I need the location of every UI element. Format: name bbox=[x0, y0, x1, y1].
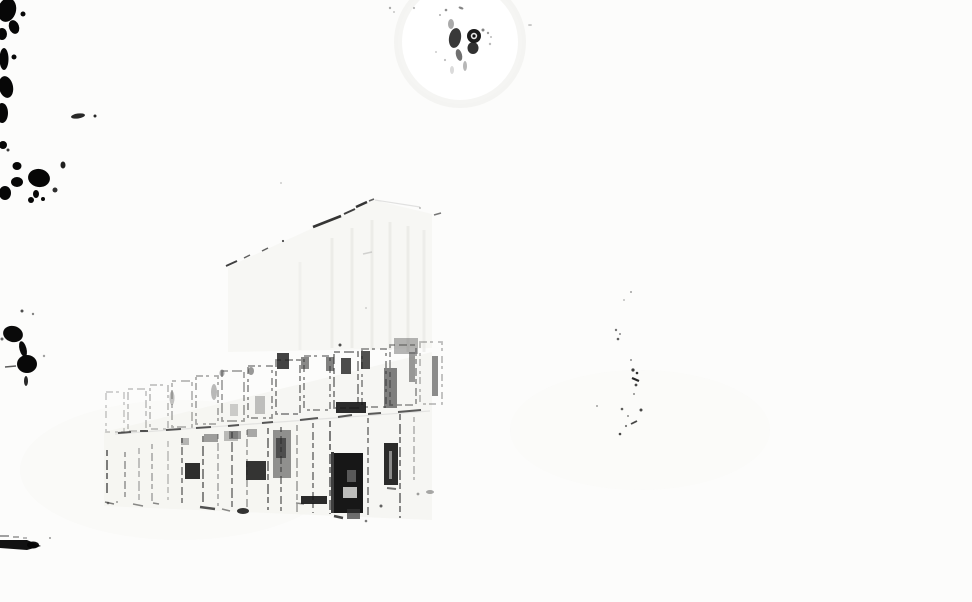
window-smudge bbox=[230, 404, 238, 416]
speck bbox=[619, 333, 621, 335]
foliage-left-middle bbox=[1, 310, 46, 387]
foliage-blob bbox=[24, 376, 28, 386]
storefront-mullion bbox=[153, 503, 159, 504]
sill-dash bbox=[166, 429, 181, 430]
leaf-spot bbox=[468, 42, 479, 54]
storefront-mullion bbox=[237, 508, 249, 514]
foliage-blob bbox=[27, 167, 52, 189]
jamb-light-slit bbox=[389, 451, 392, 479]
upper-wall bbox=[228, 200, 432, 352]
speck bbox=[615, 329, 617, 331]
foliage-blob bbox=[53, 188, 58, 193]
speck bbox=[627, 415, 629, 417]
window-smudge bbox=[384, 368, 397, 408]
foliage-top-left bbox=[0, 0, 97, 203]
street-mark bbox=[116, 501, 118, 503]
speck bbox=[630, 291, 632, 293]
window-frame bbox=[211, 384, 217, 400]
foliage-blob bbox=[0, 186, 11, 200]
sill-dash bbox=[196, 427, 211, 428]
storefront-mullion bbox=[387, 488, 396, 489]
speck bbox=[623, 299, 625, 301]
foliage-blob bbox=[0, 28, 7, 40]
street-mark bbox=[49, 537, 51, 539]
window-smudge bbox=[409, 352, 415, 382]
dark-band bbox=[336, 402, 366, 413]
foliage-blob bbox=[1, 338, 4, 341]
speck bbox=[635, 384, 638, 387]
foliage-blob bbox=[7, 149, 10, 152]
door-frame bbox=[331, 452, 334, 513]
roof-dash bbox=[434, 213, 441, 215]
foliage-blob bbox=[11, 177, 23, 187]
roof-dash bbox=[282, 240, 284, 242]
foliage-blob bbox=[71, 113, 86, 120]
facade-wall bbox=[104, 352, 432, 520]
window-smudge bbox=[361, 351, 370, 369]
foliage-blob bbox=[21, 310, 24, 313]
leaf-spot bbox=[490, 36, 492, 38]
window-frame bbox=[170, 391, 175, 405]
leaf-spot bbox=[528, 24, 532, 26]
foliage-blob bbox=[0, 48, 9, 70]
foliage-blob bbox=[1, 324, 24, 345]
faded-photograph bbox=[0, 0, 972, 602]
storefront-mullion bbox=[365, 520, 368, 523]
sill-dash bbox=[368, 413, 381, 414]
photo-viewport bbox=[0, 0, 972, 602]
window-smudge bbox=[277, 353, 289, 369]
wall-tint bbox=[365, 307, 367, 309]
foliage-blob bbox=[43, 355, 45, 357]
speck bbox=[617, 338, 620, 341]
ring-spot-center bbox=[472, 34, 475, 37]
foliage-blob bbox=[0, 141, 7, 149]
leaf-spot bbox=[435, 51, 437, 53]
speck bbox=[596, 405, 598, 407]
foliage-blob bbox=[61, 162, 66, 169]
window-smudge bbox=[326, 357, 334, 371]
window-smudge bbox=[276, 438, 286, 458]
speck bbox=[640, 409, 643, 412]
foliage-blob bbox=[28, 197, 34, 203]
storefront-mullion bbox=[417, 493, 420, 496]
window-smudge bbox=[255, 396, 265, 414]
lintel-smudge bbox=[247, 429, 257, 437]
speck bbox=[625, 425, 627, 427]
foliage-blob bbox=[17, 355, 37, 373]
leaf-spot bbox=[482, 29, 485, 32]
foliage-blob bbox=[0, 0, 19, 24]
leaf-spot bbox=[448, 19, 454, 29]
leaf-spot bbox=[445, 9, 448, 12]
street-mark bbox=[27, 542, 39, 549]
foliage-blob bbox=[13, 162, 22, 170]
storefront-mullion bbox=[334, 516, 343, 518]
kick-panel bbox=[301, 496, 327, 504]
foliage-blob bbox=[12, 55, 17, 60]
storefront-mullion bbox=[426, 490, 434, 494]
storefront-mullion bbox=[380, 505, 383, 508]
roof-dash bbox=[419, 207, 421, 209]
leaf-spot bbox=[450, 66, 454, 74]
doorway bbox=[334, 453, 363, 513]
photo-svg bbox=[0, 0, 972, 602]
street-mark bbox=[107, 502, 110, 505]
speck bbox=[619, 433, 622, 436]
tint-patch bbox=[510, 370, 770, 490]
dark-window bbox=[246, 461, 266, 480]
foliage-blob bbox=[94, 115, 97, 118]
leaf-spot bbox=[463, 61, 467, 71]
window-smudge bbox=[394, 338, 418, 354]
leaf-spot bbox=[413, 7, 415, 9]
leaf-spot bbox=[439, 14, 441, 16]
speck bbox=[630, 359, 632, 361]
window-frame bbox=[220, 370, 225, 377]
wall-tint bbox=[280, 182, 282, 184]
foliage-blob bbox=[41, 197, 45, 201]
foliage-blob bbox=[7, 19, 21, 36]
foliage-blob bbox=[32, 313, 34, 315]
door-inner-patch bbox=[347, 470, 356, 482]
door-light-patch bbox=[343, 487, 357, 498]
speck bbox=[633, 393, 635, 395]
speck bbox=[621, 408, 624, 411]
dark-window bbox=[185, 463, 200, 479]
foliage-blob bbox=[0, 103, 8, 123]
leaf-spot bbox=[444, 59, 446, 61]
door-step-smudge bbox=[347, 509, 360, 519]
leaf-spot bbox=[489, 43, 491, 45]
storefront-mullion bbox=[296, 503, 304, 504]
lintel-smudge bbox=[204, 434, 218, 442]
sill-dash bbox=[118, 432, 131, 433]
foliage-blob bbox=[5, 366, 16, 367]
sill-dash bbox=[262, 422, 273, 423]
window-frame bbox=[248, 367, 254, 375]
foliage-blob bbox=[21, 12, 26, 17]
leaf-spot bbox=[393, 11, 395, 13]
window-smudge bbox=[432, 356, 438, 396]
window-frame bbox=[339, 344, 342, 347]
speck bbox=[631, 368, 634, 371]
speck bbox=[636, 372, 639, 375]
leaf-spot bbox=[389, 7, 391, 9]
leaf-spot bbox=[487, 32, 489, 34]
window-smudge bbox=[341, 358, 351, 374]
foliage-blob bbox=[0, 75, 15, 99]
foliage-blob bbox=[33, 190, 39, 198]
sill-dash bbox=[228, 425, 239, 426]
window-smudge bbox=[301, 357, 309, 369]
